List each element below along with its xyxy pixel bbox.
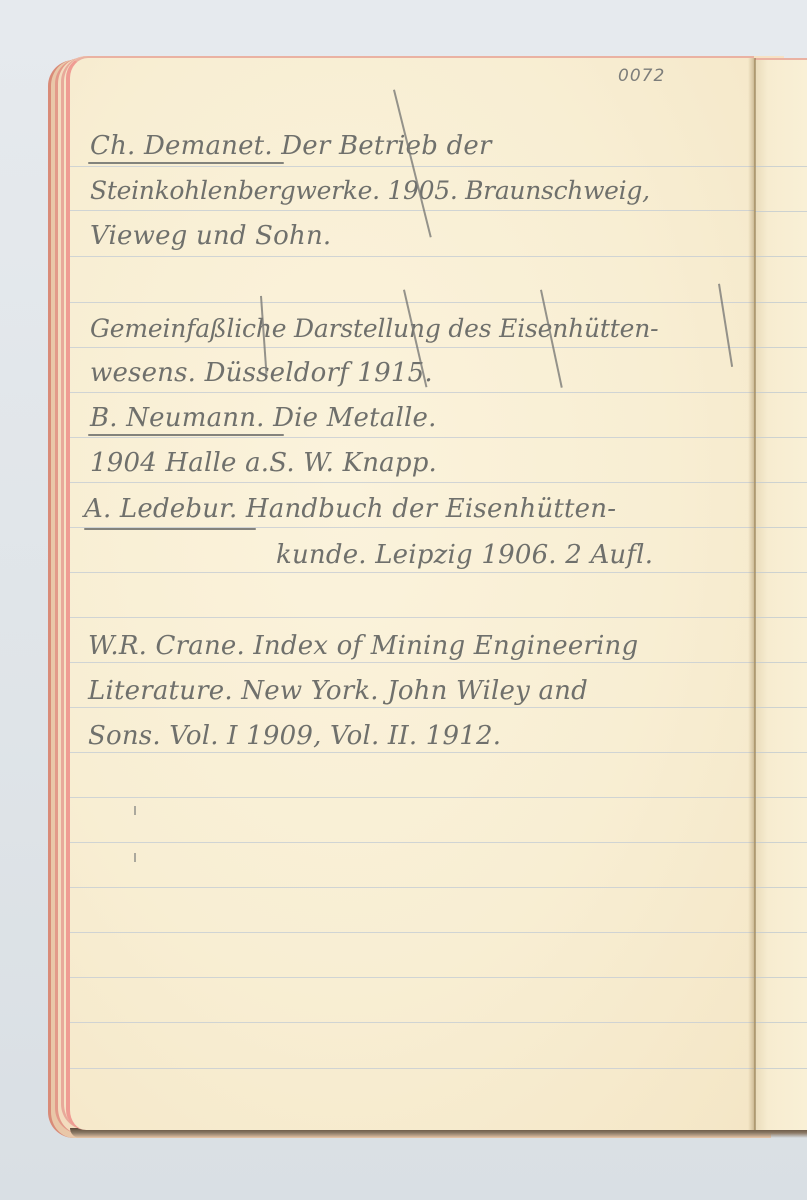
ruled-line <box>755 392 807 393</box>
ruled-line <box>755 347 807 348</box>
ruled-line <box>70 617 754 618</box>
ruled-line <box>70 842 754 843</box>
ruled-line <box>755 302 807 303</box>
ruled-line <box>70 977 754 978</box>
ruled-line <box>70 302 754 303</box>
ruled-line <box>755 166 807 167</box>
ruled-line <box>755 482 807 483</box>
ruled-line <box>755 887 807 888</box>
ruled-line <box>70 572 754 573</box>
ruled-line <box>70 752 754 753</box>
ruled-line <box>70 1022 754 1023</box>
handwritten-line: Gemeinfaßliche Darstellung des Eisenhütt… <box>90 316 658 341</box>
ruled-line <box>755 572 807 573</box>
author-underline <box>84 528 256 530</box>
ruled-line <box>755 617 807 618</box>
ruled-line <box>70 482 754 483</box>
pencil-mark <box>134 806 136 815</box>
pencil-mark <box>134 853 136 862</box>
handwritten-line: 1904 Halle a.S. W. Knapp. <box>90 450 437 476</box>
ruled-line <box>70 932 754 933</box>
ruled-line <box>755 1022 807 1023</box>
ruled-line <box>755 752 807 753</box>
handwritten-line: B. Neumann. Die Metalle. <box>90 405 437 431</box>
ruled-line <box>755 437 807 438</box>
ruled-line <box>70 392 754 393</box>
handwritten-line: Ch. Demanet. Der Betrieb der <box>90 133 492 159</box>
check-mark-stroke <box>718 284 733 367</box>
ruled-line <box>755 797 807 798</box>
ruled-line <box>70 887 754 888</box>
notebook-page: 0072 Ch. Demanet. Der Betrieb der Steink… <box>66 56 754 1130</box>
ruled-line <box>755 977 807 978</box>
ruled-line <box>70 347 754 348</box>
handwritten-line: Vieweg und Sohn. <box>90 223 331 249</box>
handwritten-line: Steinkohlenbergwerke. 1905. Braunschweig… <box>90 178 650 203</box>
ruled-line <box>755 842 807 843</box>
handwritten-line: kunde. Leipzig 1906. 2 Aufl. <box>276 542 653 568</box>
author-underline <box>88 162 284 164</box>
ruled-line <box>755 256 807 257</box>
handwritten-line: Sons. Vol. I 1909, Vol. II. 1912. <box>88 723 501 749</box>
ruled-line <box>755 1068 807 1069</box>
facing-page <box>754 58 807 1130</box>
ruled-line <box>755 211 807 212</box>
ruled-line <box>70 210 754 211</box>
ruled-line <box>70 662 754 663</box>
handwritten-line: A. Ledebur. Handbuch der Eisenhütten- <box>84 496 616 522</box>
book-gutter <box>748 58 756 1130</box>
ruled-line <box>755 932 807 933</box>
handwritten-line: W.R. Crane. Index of Mining Engineering <box>88 633 638 659</box>
ruled-line <box>70 1068 754 1069</box>
ruled-line <box>70 256 754 257</box>
page-number: 0072 <box>618 66 665 86</box>
check-mark-stroke <box>393 90 432 238</box>
ruled-line <box>70 797 754 798</box>
ruled-line <box>755 662 807 663</box>
ruled-line <box>70 437 754 438</box>
ruled-line <box>755 707 807 708</box>
handwritten-line: Literature. New York. John Wiley and <box>88 678 588 704</box>
author-underline <box>88 434 284 436</box>
ruled-line <box>70 707 754 708</box>
handwritten-line: wesens. Düsseldorf 1915. <box>90 360 433 386</box>
ruled-line <box>755 527 807 528</box>
